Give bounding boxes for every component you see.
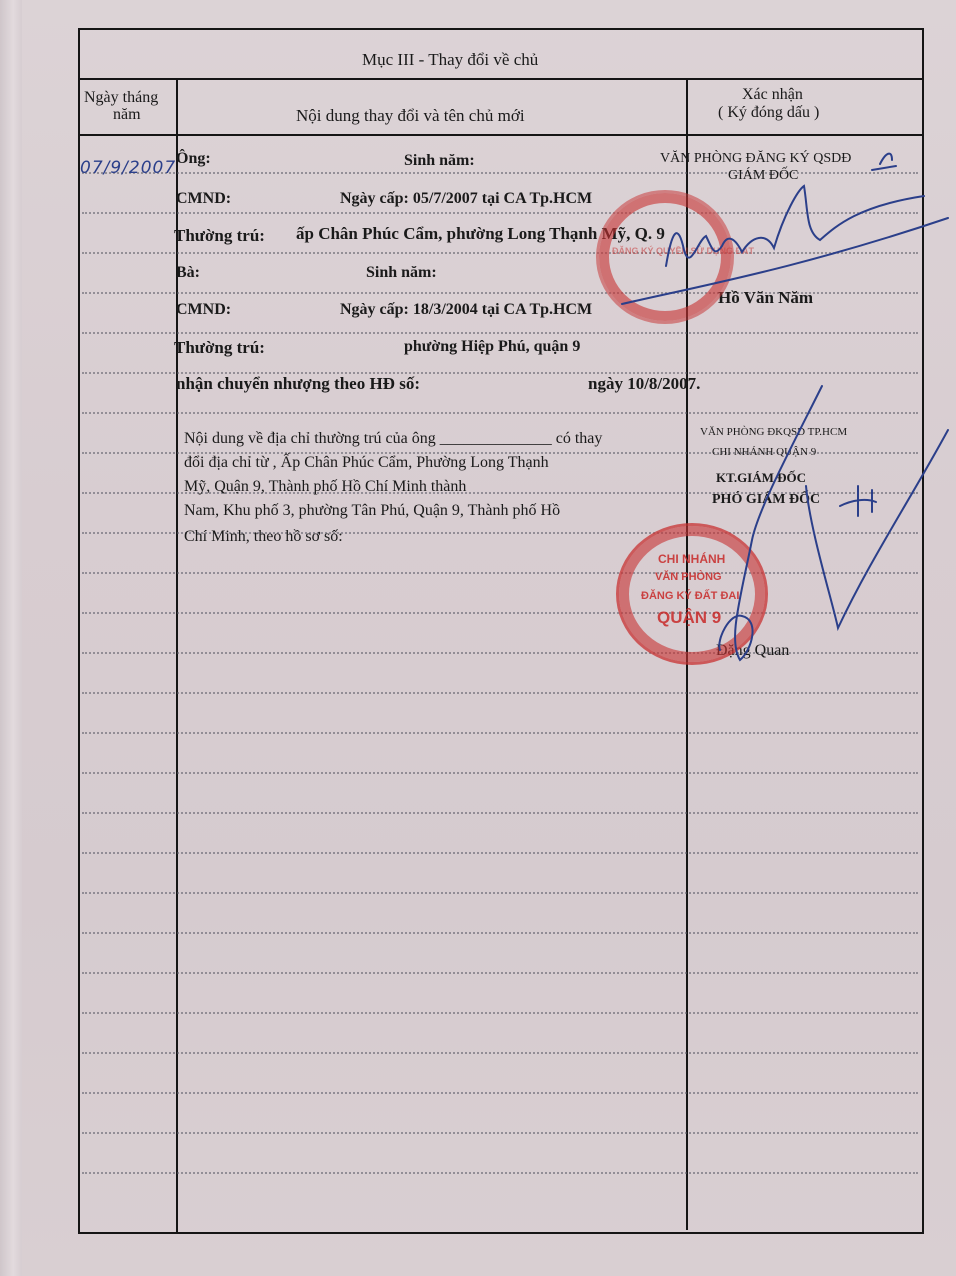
entry2-stamp-line-4: QUẬN 9 [657,608,721,628]
paper-edge [0,0,22,1276]
dotted-ruling-line [82,1052,918,1054]
entry2-line-3: Mỹ, Quận 9, Thành phố Hồ Chí Minh thành [184,478,466,496]
column-header-content: Nội dung thay đổi và tên chủ mới [296,106,525,126]
dotted-ruling-line [82,1092,918,1094]
entry2-confirm-branch: CHI NHÁNH QUẬN 9 [712,446,816,458]
entry2-stamp-line-2: VĂN PHÒNG [655,571,722,583]
dotted-ruling-line [82,972,918,974]
entry1-confirm-office: VĂN PHÒNG ĐĂNG KÝ QSDĐ [660,151,851,167]
entry2-line-5: Chí Minh, theo hồ sơ số: [184,528,343,546]
entry1-transfer-label: nhận chuyển nhượng theo HĐ số: [176,374,420,394]
section-title: Mục III - Thay đổi về chủ [362,50,538,70]
entry2-stamp-line-3: ĐĂNG KÝ ĐẤT ĐAI [641,590,739,602]
column-header-date-2: năm [113,106,141,124]
column-header-date-1: Ngày tháng [84,89,158,107]
dotted-ruling-line [82,932,918,934]
dotted-ruling-line [82,892,918,894]
dotted-ruling-line [82,212,918,214]
entry1-wife-residence-label: Thường trú: [174,338,265,358]
dotted-ruling-line [82,412,918,414]
entry2-line-1: Nội dung về địa chỉ thường trú của ông _… [184,430,602,448]
entry1-husband-id-issue: Ngày cấp: 05/7/2007 tại CA Tp.HCM [340,190,592,208]
entry1-wife-id-label: CMND: [176,301,231,319]
entry1-wife-id-issue: Ngày cấp: 18/3/2004 tại CA Tp.HCM [340,301,592,319]
entry2-line-4: Nam, Khu phố 3, phường Tân Phú, Quận 9, … [184,502,560,520]
dotted-ruling-line [82,732,918,734]
dotted-ruling-line [82,572,918,574]
dotted-ruling-line [82,1172,918,1174]
entry1-husband-label: Ông: [176,150,211,168]
entry1-confirm-title: GIÁM ĐỐC [728,168,798,184]
entry1-wife-label: Bà: [176,264,200,282]
entry1-husband-birth-label: Sinh năm: [404,152,475,170]
entry2-line-2: đổi địa chỉ từ , Ấp Chân Phúc Cẩm, Phườn… [184,454,549,472]
entry1-husband-residence-label: Thường trú: [174,226,265,246]
entry2-confirm-title: PHÓ GIÁM ĐỐC [712,492,820,508]
column-header-confirm-2: ( Ký đóng dấu ) [718,104,819,122]
dotted-ruling-line [82,852,918,854]
column-header-confirm-1: Xác nhận [742,86,803,104]
dotted-ruling-line [82,812,918,814]
entry1-confirm-name: Hồ Văn Năm [718,288,813,308]
entry1-date: 07/9/2007 [80,158,176,178]
dotted-ruling-line [82,252,918,254]
entry1-stamp-text: ĐĂNG KÝ QUYỀN SỬ DỤNG ĐẤT [612,246,754,256]
header-divider [78,134,922,136]
dotted-ruling-line [82,612,918,614]
entry2-confirm-office: VĂN PHÒNG ĐKQSD TP.HCM [700,426,847,438]
entry1-husband-id-label: CMND: [176,190,231,208]
dotted-ruling-line [82,1132,918,1134]
dotted-ruling-line [82,1012,918,1014]
dotted-ruling-line [82,652,918,654]
dotted-ruling-line [82,692,918,694]
entry1-wife-birth-label: Sinh năm: [366,264,437,282]
dotted-ruling-line [82,332,918,334]
entry1-wife-residence: phường Hiệp Phú, quận 9 [404,338,580,356]
entry2-confirm-kt: KT.GIÁM ĐỐC [716,470,806,486]
entry1-office-stamp [596,190,734,324]
entry1-transfer-date: ngày 10/8/2007. [588,374,700,394]
title-divider [78,78,922,80]
entry2-stamp-line-1: CHI NHÁNH [658,552,725,566]
dotted-ruling-line [82,772,918,774]
